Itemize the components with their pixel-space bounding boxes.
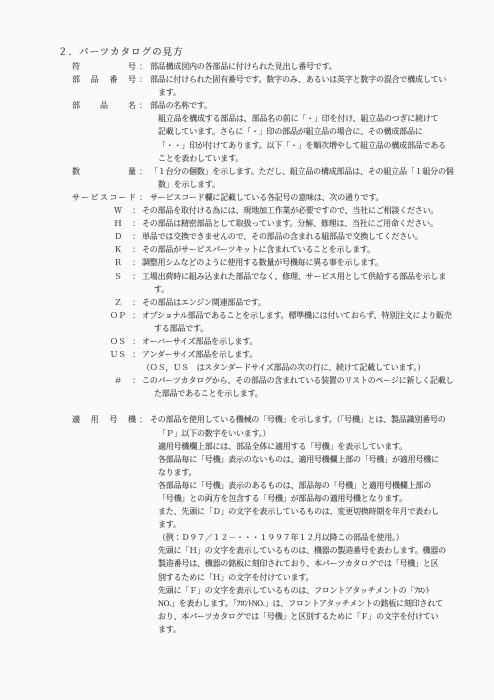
scanned-page: { "colors":{ "page_background":"#fbfaf8"… xyxy=(0,0,494,700)
code-colon: ： xyxy=(130,296,142,309)
page-title: ２．パーツカタログの見方 xyxy=(58,46,466,60)
catalog-entry: 数量：「１台分の個数」を示します。ただし、組立品の構成部品は、その組立品「１組分… xyxy=(58,165,466,191)
entry-text: （例：Ｄ９７／１２－・・・１９９７年１２月以降この部品を使用。） xyxy=(158,531,446,544)
document-page: ２．パーツカタログの見方 符号：部品構成図内の各部品に付けられた見出し番号です。… xyxy=(0,0,494,700)
code-label: Ｒ xyxy=(106,256,130,269)
entry-row: 適用号機：その部品を使用している機械の「号機」を示します。（「号機」とは、製品識… xyxy=(58,413,466,439)
entry-label: 部品番号 xyxy=(72,73,136,86)
code-text: オプショナル部品であることを示します。標準機には付いておらず、特別注文により販売… xyxy=(142,309,458,335)
entry-colon: ： xyxy=(136,191,150,204)
entry-text: 部品の名称です。 xyxy=(150,99,454,112)
code-colon: ： xyxy=(130,270,142,283)
code-colon: ： xyxy=(130,256,142,269)
document-body: 符号：部品構成図内の各部品に付けられた見出し番号です。部品番号：部品に付けられた… xyxy=(58,60,466,636)
code-colon: ： xyxy=(130,374,142,387)
entry-row: 数量：「１台分の個数」を示します。ただし、組立品の構成部品は、その組立品「１組分… xyxy=(58,165,466,191)
code-text: その部品を取付ける為には、現地加工作業が必要ですので、当社にご相談ください。 xyxy=(142,204,458,217)
entry-text: 組立品を構成する部品は、部品名の前に「・」印を付け、組立品のつぎに続けて記載して… xyxy=(158,112,446,164)
entry-text: 各部品毎に「号機」表示のあるものは、部品毎の「号機」と適用号機欄上部の「号機」と… xyxy=(158,479,446,505)
code-row: ＃：このパーツカタログから、その部品の含まれている装置のリストのページに新しく記… xyxy=(58,374,466,400)
entry-text: 部品構成図内の各部品に付けられた見出し番号です。 xyxy=(150,60,454,73)
code-row: Ｈ：その部品は精密部品として取扱っています。分解、修理は、当社にご用命ください。 xyxy=(58,217,466,230)
catalog-entry: 部品番号：部品に付けられた固有番号です。数字のみ、あるいは英字と数字の混合で構成… xyxy=(58,73,466,99)
entry-row: 部品番号：部品に付けられた固有番号です。数字のみ、あるいは英字と数字の混合で構成… xyxy=(58,73,466,99)
catalog-entry: サービスコード：サービスコード欄に記載している各記号の意味は、次の通りです。Ｗ：… xyxy=(58,191,466,401)
entry-colon: ： xyxy=(136,73,150,86)
code-row: Ｋ：その部品がサービスパーツキットに含まれていることを示します。 xyxy=(58,243,466,256)
code-text: アンダーサイズ部品を示します。 xyxy=(142,348,458,361)
code-note-row: （ＯＳ，ＵＳ はスタンダードサイズ部品の次の行に、続けて記載しています。） xyxy=(142,361,466,374)
entry-paragraph-row: 各部品毎に「号機」表示のないものは、適用号機欄上部の「号機」が適用号機になります… xyxy=(158,453,466,479)
entry-label: 適用号機 xyxy=(72,413,136,426)
code-text: その部品がサービスパーツキットに含まれていることを示します。 xyxy=(142,243,458,256)
entry-text: 部品に付けられた固有番号です。数字のみ、あるいは英字と数字の混合で構成しています… xyxy=(150,73,454,99)
code-label: Ｄ xyxy=(106,230,130,243)
code-label: Ｈ xyxy=(106,217,130,230)
code-row: ＯＰ：オプショナル部品であることを示します。標準機には付いておらず、特別注文によ… xyxy=(58,309,466,335)
entry-row: サービスコード：サービスコード欄に記載している各記号の意味は、次の通りです。 xyxy=(58,191,466,204)
entry-text: 先頭に「Ｆ」の文字を表示しているものは、フロントアタッチメントの「ﾌﾛﾝﾄNO.… xyxy=(158,584,446,636)
code-text: その部品は精密部品として取扱っています。分解、修理は、当社にご用命ください。 xyxy=(142,217,458,230)
code-colon: ： xyxy=(130,204,142,217)
entry-paragraph-row: 先頭に「Ｆ」の文字を表示しているものは、フロントアタッチメントの「ﾌﾛﾝﾄNO.… xyxy=(158,584,466,636)
code-label: ＯＳ xyxy=(106,335,130,348)
code-text: 調整用シムなどのように使用する数量が号機毎に異る事を示します。 xyxy=(142,256,458,269)
code-label: Ｚ xyxy=(106,296,130,309)
entry-row: 部品名：部品の名称です。 xyxy=(58,99,466,112)
catalog-entry: 符号：部品構成図内の各部品に付けられた見出し番号です。 xyxy=(58,60,466,73)
entry-colon: ： xyxy=(136,60,150,73)
entry-paragraph-row: 適用号機欄上部には、部品全体に適用する「号機」を表示しています。 xyxy=(158,440,466,453)
entry-label: 数量 xyxy=(72,165,136,178)
code-label: Ｓ xyxy=(106,270,130,283)
code-colon: ： xyxy=(130,217,142,230)
code-colon: ： xyxy=(130,335,142,348)
code-row: Ｓ：工場出荷時に組み込まれた部品でなく、修理、サービス用として供給する部品を示し… xyxy=(58,270,466,296)
entry-paragraph-row: （例：Ｄ９７／１２－・・・１９９７年１２月以降この部品を使用。） xyxy=(158,531,466,544)
code-row: Ｒ：調整用シムなどのように使用する数量が号機毎に異る事を示します。 xyxy=(58,256,466,269)
entry-text: その部品を使用している機械の「号機」を示します。（「号機」とは、製品識別番号の「… xyxy=(150,413,454,439)
code-note-text: （ＯＳ，ＵＳ はスタンダードサイズ部品の次の行に、続けて記載しています。） xyxy=(142,361,446,374)
code-colon: ： xyxy=(130,230,142,243)
entry-paragraph-row: 先頭に「Ｈ」の文字を表示しているものは、機器の製造番号を表わします。機器の製造番… xyxy=(158,544,466,583)
code-row: Ｚ：その部品はエンジン関連部品です。 xyxy=(58,296,466,309)
entry-text: サービスコード欄に記載している各記号の意味は、次の通りです。 xyxy=(150,191,454,204)
entry-text: 「１台分の個数」を示します。ただし、組立品の構成部品は、その組立品「１組分の個数… xyxy=(150,165,454,191)
entry-text: 先頭に「Ｈ」の文字を表示しているものは、機器の製造番号を表わします。機器の製造番… xyxy=(158,544,446,583)
code-colon: ： xyxy=(130,243,142,256)
code-row: ＯＳ：オーバーサイズ部品を示します。 xyxy=(58,335,466,348)
code-label: ＵＳ xyxy=(106,348,130,361)
entry-paragraph-row: 各部品毎に「号機」表示のあるものは、部品毎の「号機」と適用号機欄上部の「号機」と… xyxy=(158,479,466,505)
entry-row: 符号：部品構成図内の各部品に付けられた見出し番号です。 xyxy=(58,60,466,73)
catalog-entry: 部品名：部品の名称です。組立品を構成する部品は、部品名の前に「・」印を付け、組立… xyxy=(58,99,466,164)
code-label: Ｋ xyxy=(106,243,130,256)
entry-colon: ： xyxy=(136,99,150,112)
entry-text: 各部品毎に「号機」表示のないものは、適用号機欄上部の「号機」が適用号機になります… xyxy=(158,453,446,479)
code-label: ＃ xyxy=(106,374,130,387)
code-row: Ｄ：単品では交換できませんので、その部品の含まれる組部品で交換してください。 xyxy=(58,230,466,243)
entry-label: 符号 xyxy=(72,60,136,73)
entry-colon: ： xyxy=(136,413,150,426)
code-row: Ｗ：その部品を取付ける為には、現地加工作業が必要ですので、当社にご相談ください。 xyxy=(58,204,466,217)
code-text: 単品では交換できませんので、その部品の含まれる組部品で交換してください。 xyxy=(142,230,458,243)
code-label: ＯＰ xyxy=(106,309,130,322)
code-label: Ｗ xyxy=(106,204,130,217)
entry-colon: ： xyxy=(136,165,150,178)
entry-label: サービスコード xyxy=(72,191,136,204)
entry-text: また、先頭に「Ｄ」の文字を表示しているものは、変更切換時期を年月で表わします。 xyxy=(158,505,446,531)
code-row: ＵＳ：アンダーサイズ部品を示します。 xyxy=(58,348,466,361)
entry-paragraph-row: また、先頭に「Ｄ」の文字を表示しているものは、変更切換時期を年月で表わします。 xyxy=(158,505,466,531)
code-text: オーバーサイズ部品を示します。 xyxy=(142,335,458,348)
entry-text: 適用号機欄上部には、部品全体に適用する「号機」を表示しています。 xyxy=(158,440,446,453)
code-text: その部品はエンジン関連部品です。 xyxy=(142,296,458,309)
entry-paragraph-row: 組立品を構成する部品は、部品名の前に「・」印を付け、組立品のつぎに続けて記載して… xyxy=(158,112,466,164)
code-text: このパーツカタログから、その部品の含まれている装置のリストのページに新しく記載し… xyxy=(142,374,458,400)
code-colon: ： xyxy=(130,348,142,361)
code-colon: ： xyxy=(130,309,142,322)
catalog-entry: 適用号機：その部品を使用している機械の「号機」を示します。（「号機」とは、製品識… xyxy=(58,413,466,636)
entry-label: 部品名 xyxy=(72,99,136,112)
code-text: 工場出荷時に組み込まれた部品でなく、修理、サービス用として供給する部品を示します… xyxy=(142,270,458,296)
